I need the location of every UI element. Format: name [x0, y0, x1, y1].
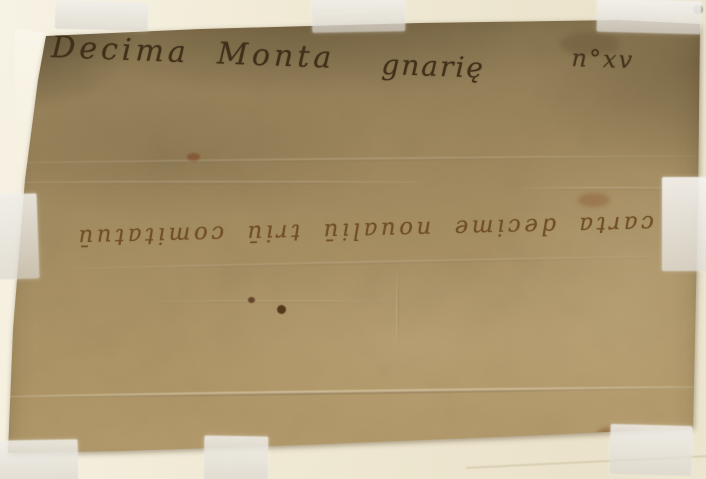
fold-line	[0, 385, 706, 399]
inscription-inverted: carta decime noualiū triū comitatuū	[92, 210, 654, 250]
crease-line-vertical	[396, 268, 399, 348]
crease-line	[0, 154, 706, 164]
tape-strip-bottom-left	[0, 439, 78, 479]
photograph-of-parchment: Decima Monta gnarię n°xv carta decime no…	[0, 0, 706, 479]
crease-line	[150, 300, 400, 303]
tape-strip-left-middle	[0, 193, 39, 279]
stain	[187, 153, 200, 161]
crease-line	[60, 254, 690, 270]
tape-strip-top-middle	[312, 0, 406, 33]
inscription-top-left: Decima Monta	[51, 30, 336, 76]
inscription-shelfmark: n°xv	[571, 44, 635, 74]
tape-strip-bottom-right	[609, 424, 692, 476]
inscription-top-middle: gnarię	[381, 48, 486, 85]
ink-spot	[248, 297, 255, 303]
tape-strip-bottom-middle	[204, 435, 269, 479]
stain	[578, 193, 610, 207]
tape-strip-top-right	[597, 0, 702, 34]
tape-strip-right-middle	[662, 177, 706, 271]
crease-line	[0, 181, 430, 184]
parchment-fragment: Decima Monta gnarię n°xv carta decime no…	[0, 0, 706, 479]
tape-strip-top-left	[55, 1, 149, 31]
ink-spot	[277, 305, 286, 314]
